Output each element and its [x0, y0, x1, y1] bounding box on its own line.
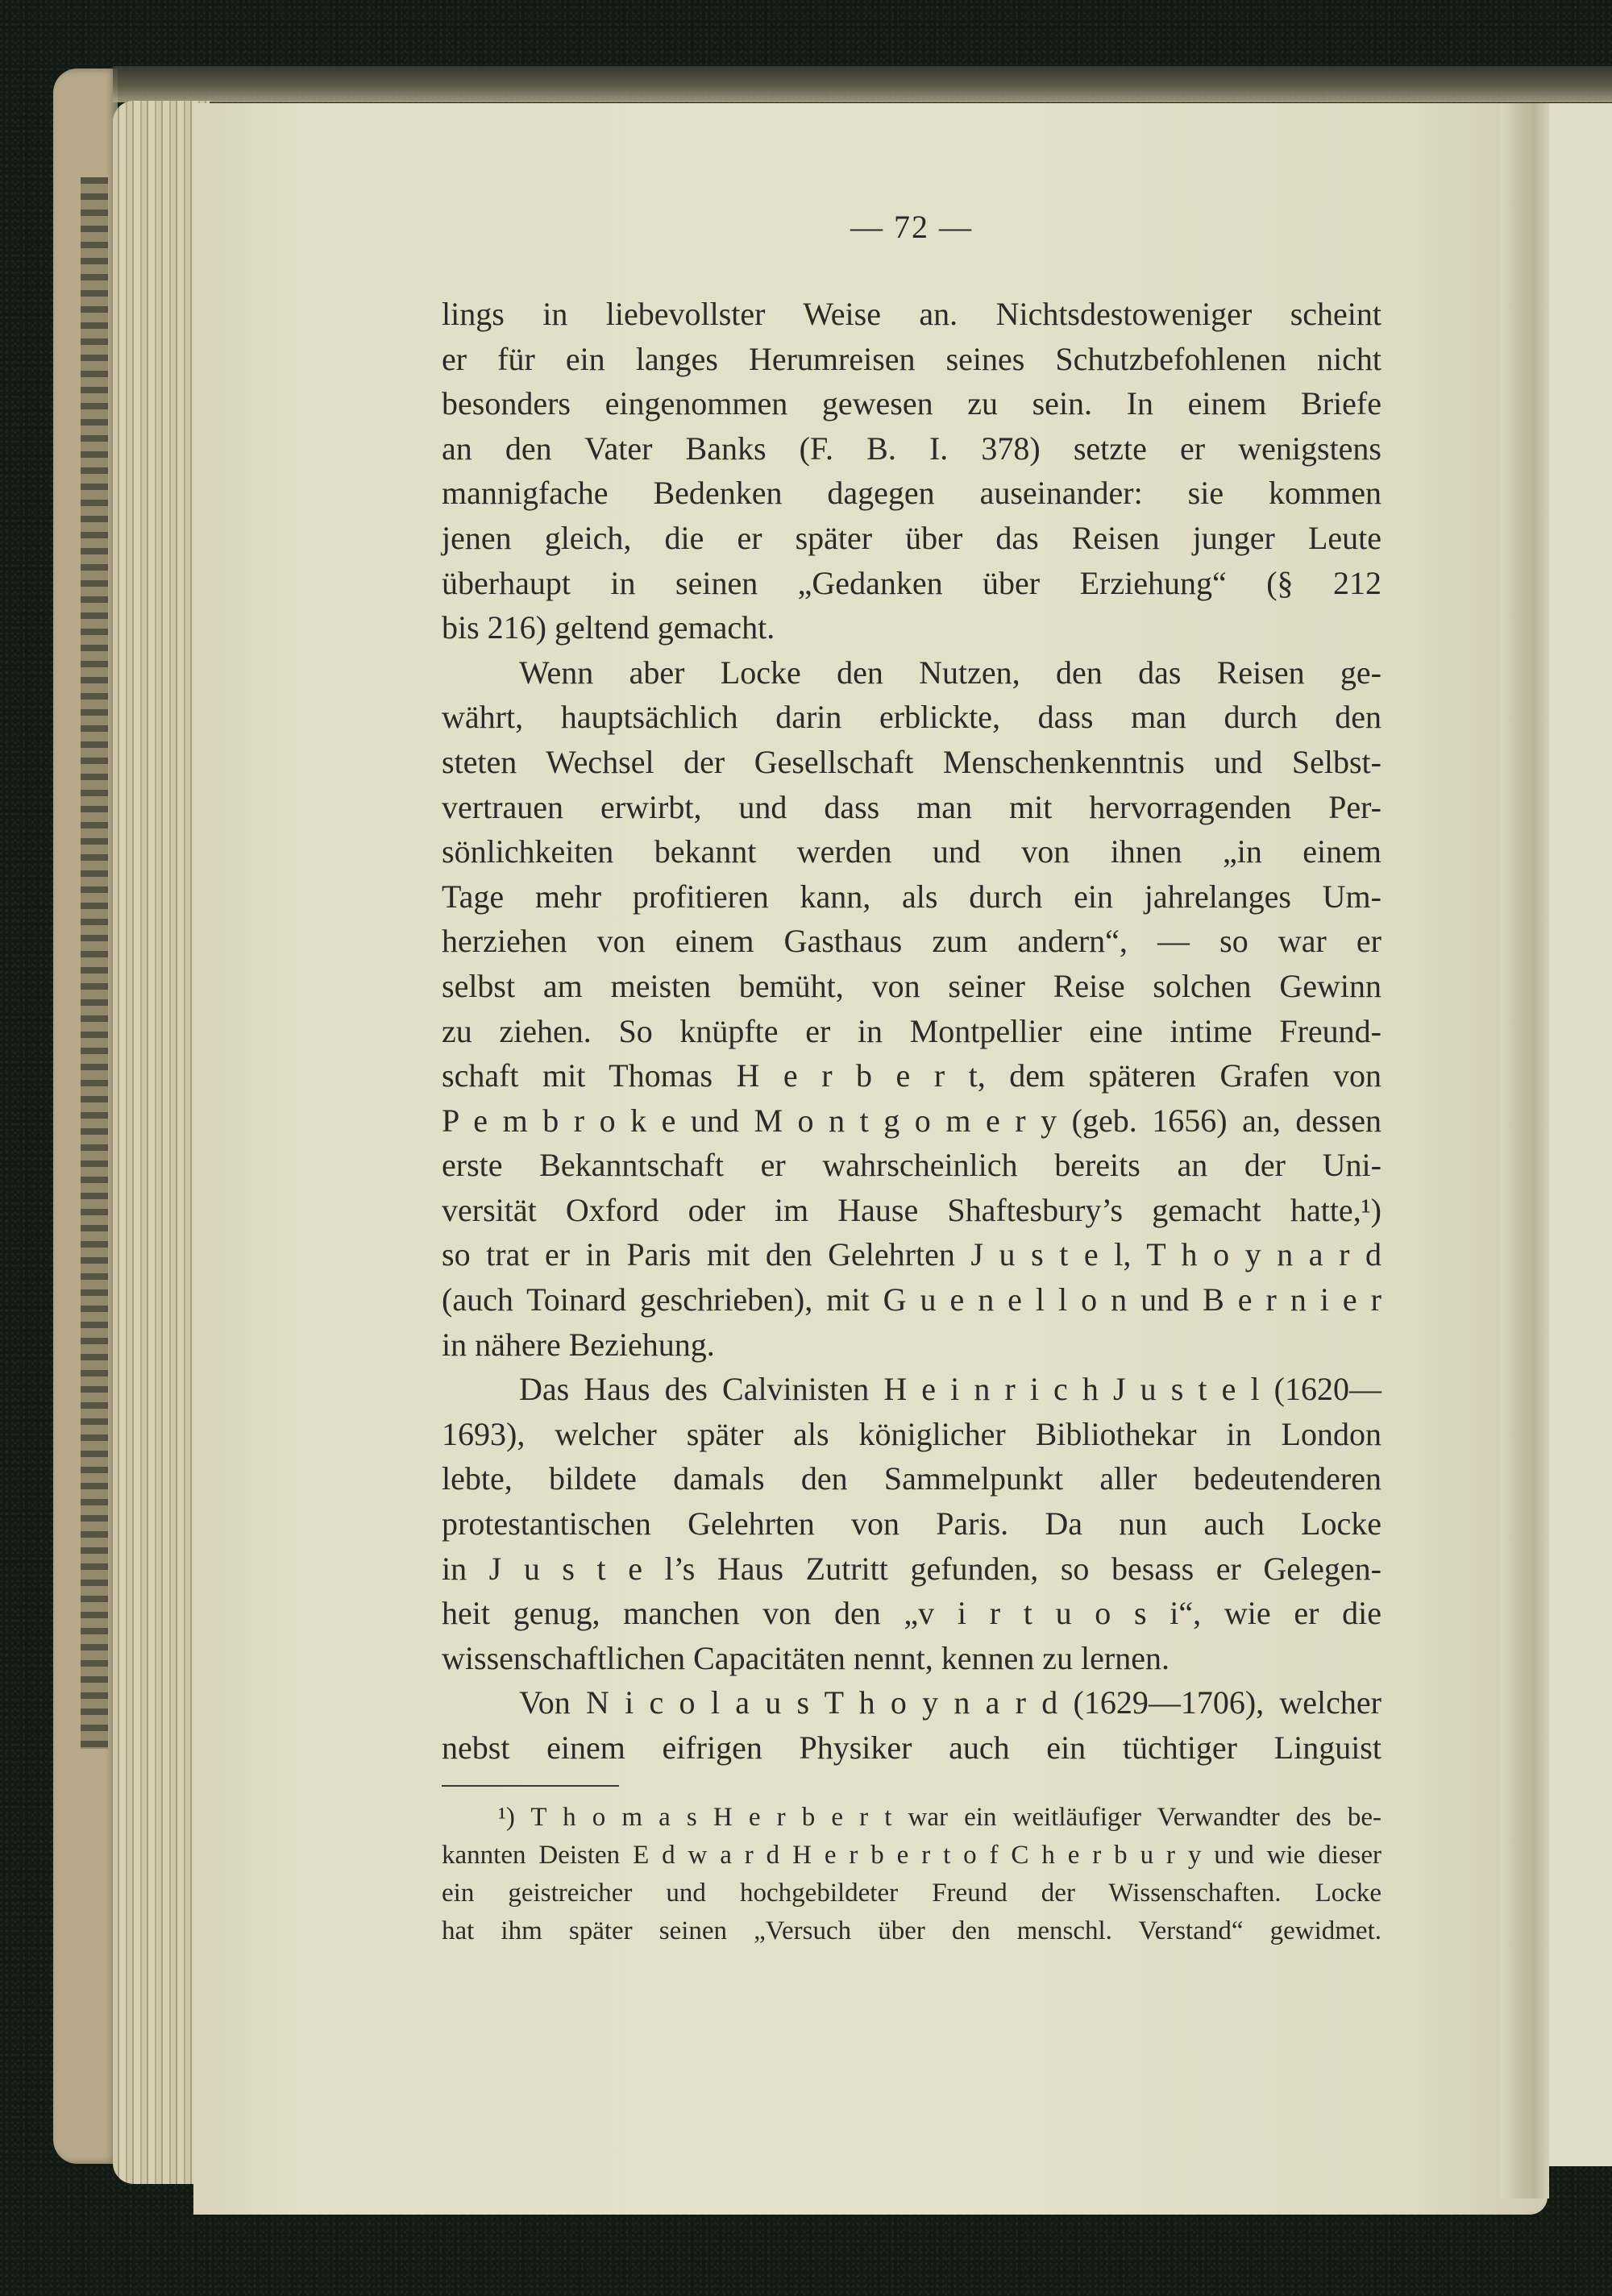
body-line: lings in liebevollster Weise an. Nichtsd… [442, 292, 1381, 337]
body-line: selbst am meisten bemüht, von seiner Rei… [442, 964, 1381, 1009]
footnotes: ¹) T h o m a s H e r b e r t war ein wei… [442, 1799, 1381, 1950]
body-line: so trat er in Paris mit den Gelehrten J … [442, 1232, 1381, 1277]
body-text: lings in liebevollster Weise an. Nichtsd… [442, 292, 1381, 1771]
body-line: überhaupt in seinen „Gedanken über Erzie… [442, 561, 1381, 606]
book-top-binding [113, 66, 1612, 102]
page-gutter [1501, 103, 1549, 2198]
body-line: protestantischen Gelehrten von Paris. Da… [442, 1501, 1381, 1547]
body-line: er für ein langes Herumreisen seines Sch… [442, 337, 1381, 382]
body-line: vertrauen erwirbt, und dass man mit herv… [442, 785, 1381, 830]
body-line: in nähere Beziehung. [442, 1322, 1381, 1368]
next-page-edge [1549, 103, 1612, 2166]
body-line: bis 216) geltend gemacht. [442, 605, 1381, 650]
footnote-divider [442, 1785, 619, 1787]
body-line: in J u s t e l’s Haus Zutritt gefunden, … [442, 1547, 1381, 1592]
body-line: schaft mit Thomas H e r b e r t, dem spä… [442, 1053, 1381, 1098]
body-line: besonders eingenommen gewesen zu sein. I… [442, 381, 1381, 426]
body-line: Wenn aber Locke den Nutzen, den das Reis… [442, 650, 1381, 695]
footnote-line: hat ihm später seinen „Versuch über den … [442, 1912, 1381, 1950]
page-number: — 72 — [442, 208, 1381, 246]
body-line: 1693), welcher später als königlicher Bi… [442, 1412, 1381, 1457]
body-line: jenen gleich, die er später über das Rei… [442, 516, 1381, 561]
body-line: versität Oxford oder im Hause Shaftesbur… [442, 1188, 1381, 1233]
footnote-line: ¹) T h o m a s H e r b e r t war ein wei… [442, 1799, 1381, 1837]
book-cloth-binding [81, 177, 108, 1749]
footnote-line: ein geistreicher und hochgebildeter Freu… [442, 1875, 1381, 1912]
body-line: nebst einem eifrigen Physiker auch ein t… [442, 1725, 1381, 1771]
body-line: sönlichkeiten bekannt werden und von ihn… [442, 829, 1381, 874]
body-line: mannigfache Bedenken dagegen auseinander… [442, 471, 1381, 516]
body-line: heit genug, manchen von den „v i r t u o… [442, 1591, 1381, 1636]
body-line: P e m b r o k e und M o n t g o m e r y … [442, 1098, 1381, 1144]
body-line: Das Haus des Calvinisten H e i n r i c h… [442, 1367, 1381, 1412]
body-line: währt, hauptsächlich darin erblickte, da… [442, 695, 1381, 740]
body-line: herziehen von einem Gasthaus zum andern“… [442, 919, 1381, 964]
body-line: wissenschaftlichen Capacitäten nennt, ke… [442, 1636, 1381, 1681]
body-line: (auch Toinard geschrieben), mit G u e n … [442, 1277, 1381, 1322]
body-line: Von N i c o l a u s T h o y n a r d (162… [442, 1680, 1381, 1725]
footnote-line: kannten Deisten E d w a r d H e r b e r … [442, 1837, 1381, 1875]
body-line: erste Bekanntschaft er wahrscheinlich be… [442, 1143, 1381, 1188]
body-line: Tage mehr profitieren kann, als durch ei… [442, 874, 1381, 920]
body-line: lebte, bildete damals den Sammelpunkt al… [442, 1456, 1381, 1501]
body-line: steten Wechsel der Gesellschaft Menschen… [442, 740, 1381, 785]
body-line: zu ziehen. So knüpfte er in Montpellier … [442, 1009, 1381, 1054]
body-line: an den Vater Banks (F. B. I. 378) setzte… [442, 426, 1381, 471]
